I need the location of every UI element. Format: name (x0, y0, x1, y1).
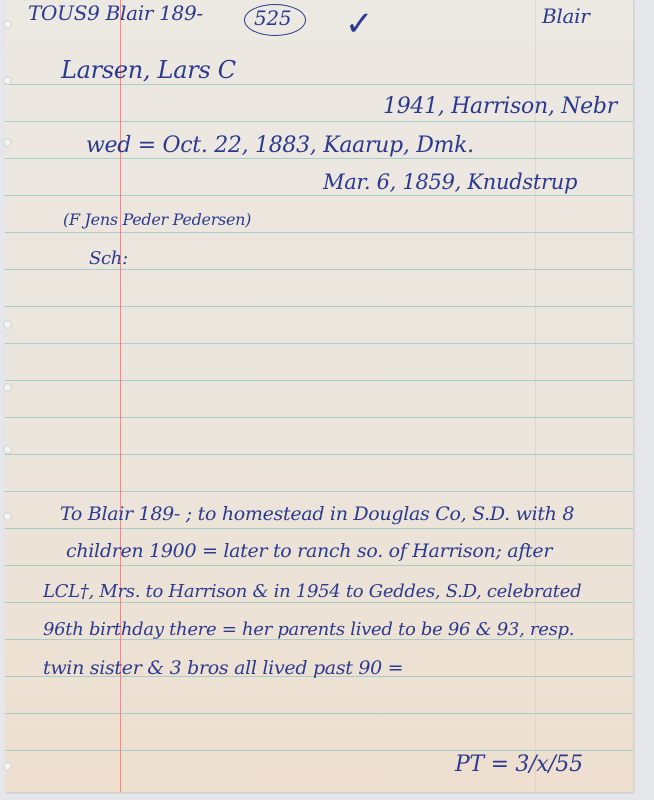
binder-hole (3, 445, 12, 454)
rule-line (5, 602, 633, 603)
rule-line (5, 380, 633, 381)
rule-line (5, 565, 633, 566)
binder-hole (3, 383, 12, 392)
person-name: Larsen, Lars C (61, 56, 236, 84)
rule-line (5, 121, 633, 122)
header-reference: TOUS9 Blair 189- (28, 1, 203, 25)
rule-line (5, 343, 633, 344)
narrative-line: children 1900 = later to ranch so. of Ha… (66, 540, 552, 562)
binder-hole (3, 76, 12, 85)
rule-line (5, 306, 633, 307)
marriage-entry: wed = Oct. 22, 1883, Kaarup, Dmk. (86, 133, 474, 158)
binder-hole (3, 762, 12, 771)
narrative-line: twin sister & 3 bros all lived past 90 = (43, 657, 403, 679)
binder-hole (3, 138, 12, 147)
header-location: Blair (542, 4, 589, 28)
rule-line (5, 269, 633, 270)
death-entry: 1941, Harrison, Nebr (383, 94, 617, 119)
binder-hole (3, 320, 12, 329)
narrative-line: LCL†, Mrs. to Harrison & in 1954 to Gedd… (43, 581, 581, 602)
circled-number: 525 (254, 6, 291, 30)
rule-line (5, 528, 633, 529)
rule-line (5, 195, 633, 196)
rule-line (5, 417, 633, 418)
rule-line (5, 713, 633, 714)
footer-note: PT = 3/x/55 (455, 752, 583, 777)
rule-line (5, 491, 633, 492)
narrative-line: 96th birthday there = her parents lived … (43, 619, 574, 640)
ruled-paper-sheet: TOUS9 Blair 189- 525 ✓ Blair Larsen, Lar… (5, 0, 633, 792)
rule-line (5, 454, 633, 455)
rule-line (5, 750, 633, 751)
rule-line (5, 158, 633, 159)
birth-entry: Mar. 6, 1859, Knudstrup (323, 170, 577, 194)
narrative-line: To Blair 189- ; to homestead in Douglas … (60, 503, 574, 525)
checkmark-icon: ✓ (345, 4, 373, 44)
rule-line (5, 84, 633, 85)
binder-hole (3, 20, 12, 29)
school-entry: Sch: (89, 248, 128, 269)
father-entry: (F Jens Peder Pedersen) (63, 210, 251, 229)
rule-line (5, 232, 633, 233)
binder-hole (3, 512, 12, 521)
